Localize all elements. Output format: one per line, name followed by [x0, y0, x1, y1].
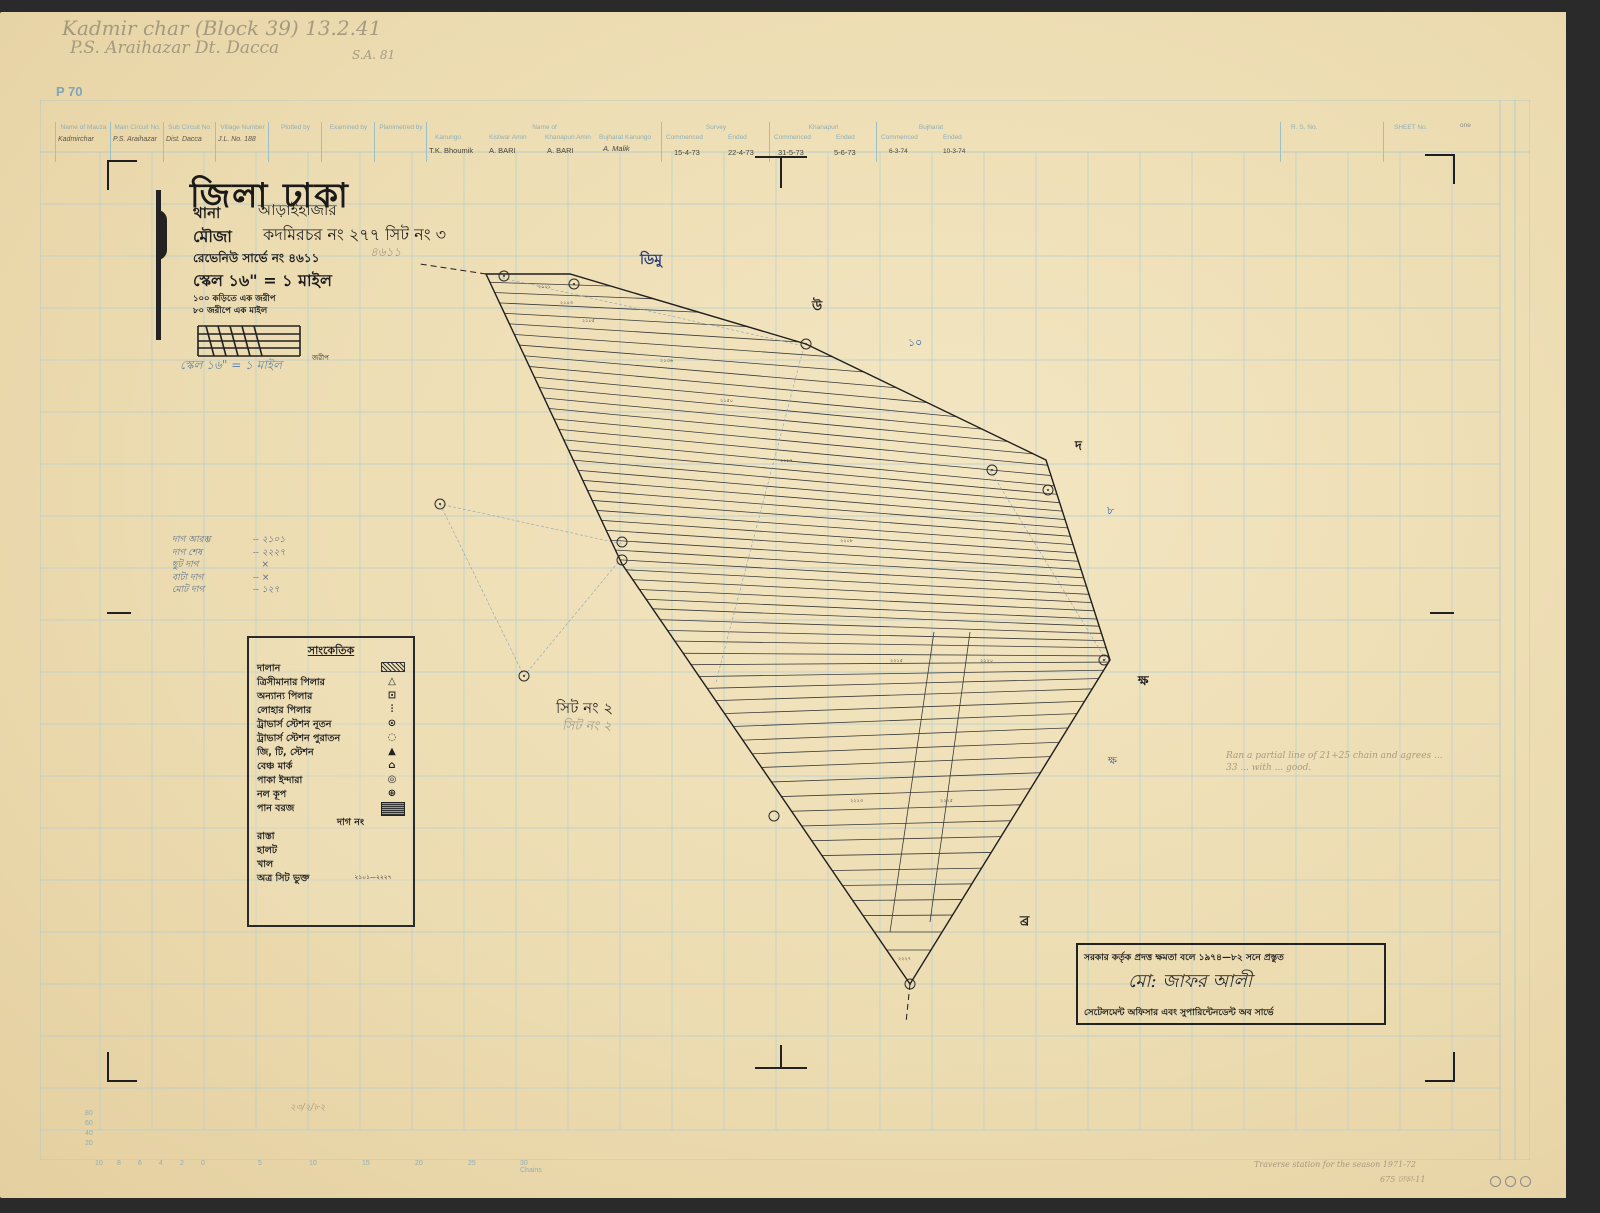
header-cell-planimetred-by: Planimetred by	[374, 122, 427, 162]
double-circle-icon: ◎	[381, 774, 403, 785]
legend-item-canal: খাল	[257, 858, 407, 872]
legend-item-traverse-new: ট্রাভার্স স্টেশন নূতন⊙	[257, 718, 407, 732]
pencil-note-top-2: P.S. Araihazar Dt. Dacca	[70, 38, 279, 58]
registration-mark-tl	[107, 160, 137, 190]
legend-item-road: রাস্তা	[257, 830, 407, 844]
svg-text:২১০৫: ২১০৫	[582, 318, 595, 324]
pencil-note-reference: 675 ঢাকা-11	[1380, 1174, 1425, 1187]
officer-signature: মো: জাফর আলী	[1128, 967, 1252, 998]
svg-text:২১০১: ২১০১	[538, 284, 551, 290]
filled-triangle-icon: ▲	[381, 746, 403, 757]
certification-line-1: সরকার কর্তৃক প্রদত্ত ক্ষমতা বলে ১৯৭৪—৮২ …	[1084, 950, 1284, 965]
map-sheet: Kadmir char (Block 39) 13.2.41 P.S. Arai…	[0, 12, 1568, 1198]
header-cell-name-of: Name of Kanungo Kistwar Amin Khanapuri A…	[426, 122, 662, 162]
hatched-building-icon	[381, 662, 405, 672]
plot-statistics: দাগ আরম্ভ -- ২১০১ দাগ শেষ -- ২২২৭ ছুট দা…	[172, 534, 285, 597]
stat-row: ছুট দাগ ×	[172, 559, 285, 572]
svg-text:২১৩৬: ২১৩৬	[660, 358, 674, 364]
map-legend: সাংকেতিক দালান ত্রিসীমানার পিলার△ অন্যান…	[247, 636, 415, 927]
svg-text:২২২৫: ২২২৫	[940, 798, 953, 804]
dotted-square-icon: ⊡	[381, 690, 403, 701]
sheet-label: P 70	[56, 84, 83, 99]
svg-text:২২১৫: ২২১৫	[890, 658, 903, 664]
svg-text:২১৮৭: ২১৮৭	[780, 458, 793, 464]
adjacent-sheet-pencil: সিট নং ২	[562, 717, 611, 738]
revenue-survey-number: রেভেনিউ সার্ভে নং ৪৬১১	[193, 250, 319, 270]
svg-text:২১০৩: ২১০৩	[560, 300, 574, 306]
legend-item-plot-number: দাগ নং	[257, 816, 407, 830]
blue-boundary-mark-1: ১০	[908, 334, 922, 353]
boundary-mark-1: উ	[812, 297, 822, 318]
certification-box: সরকার কর্তৃক প্রদত্ত ক্ষমতা বলে ১৯৭৪—৮২ …	[1076, 943, 1386, 1025]
svg-text:২২২০: ২২২০	[980, 658, 993, 664]
boundary-mark-2: দ	[1075, 437, 1082, 458]
circled-plus-icon: ⊕	[381, 788, 403, 799]
header-cell-plotted-by: Plotted by	[268, 122, 322, 162]
punch-circles	[1490, 1172, 1535, 1191]
betel-garden-icon	[381, 802, 405, 816]
header-cell-bujharat: Bujharat Commenced Ended 6-3-74 10-3-74	[876, 122, 985, 162]
legend-item-traverse-old: ট্রাভার্স স্টেশন পুরাতন◌	[257, 732, 407, 746]
pencil-note-top-3: S.A. 81	[352, 48, 395, 62]
blue-boundary-mark-2: ৮	[1107, 502, 1114, 521]
registration-mark-bottom	[755, 1067, 807, 1093]
svg-text:২১৫০: ২১৫০	[720, 398, 733, 404]
iron-pillar-icon: ⫶	[381, 704, 403, 715]
bench-mark-icon: ⌂	[381, 760, 403, 771]
scale-bar-graphic	[196, 324, 306, 358]
certification-line-2: সেটেলমেন্ট অফিসার এবং সুপারিন্টেনডেন্ট অ…	[1084, 1005, 1274, 1020]
legend-title: সাংকেতিক	[249, 642, 413, 661]
thana-name: আড়াইহাজার	[258, 199, 337, 224]
top-pencil-mark: ৪৬১১	[370, 244, 401, 264]
registration-mark-left	[107, 612, 131, 614]
legend-item-other-pillar: অন্যান্য পিলার⊡	[257, 690, 407, 704]
legend-item-pucca-well: পাকা ইন্দারা◎	[257, 774, 407, 788]
header-cell-main-circuit: Main Circuit No. P.S. Araihazar	[110, 122, 164, 162]
mauza-label: মৌজা	[193, 224, 232, 251]
stat-row: দাগ শেষ -- ২২২৭	[172, 547, 285, 560]
legend-item-halot: হালট	[257, 844, 407, 858]
legend-item-bench-mark: বেঞ্চ মার্ক⌂	[257, 760, 407, 774]
header-cell-examined-by: Examined by	[321, 122, 375, 162]
scale-note-2: ৮০ জরীপে এক মাইল	[193, 304, 267, 318]
legend-item-gt-station: জি, টি, স্টেশন▲	[257, 746, 407, 760]
svg-text:২২২৭: ২২২৭	[898, 956, 911, 962]
legend-item-trijunction-pillar: ত্রিসীমানার পিলার△	[257, 676, 407, 690]
legend-item-iron-pillar: লোহার পিলার⫶	[257, 704, 407, 718]
map-scale: স্কেল ১৬" = ১ মাইল	[193, 268, 332, 295]
legend-item-building: দালান	[257, 662, 407, 676]
stat-row: দাগ আরম্ভ -- ২১০১	[172, 534, 285, 547]
svg-text:২২২৩: ২২২৩	[850, 798, 864, 804]
blue-boundary-mark-3: ক্ষ	[1108, 752, 1117, 771]
pencil-note-date: ২৩/২/৮২	[290, 1100, 325, 1115]
blue-pencil-scale-note: স্কেল ১৬" = ১ মাইল	[180, 357, 282, 377]
scan-border-right	[1566, 0, 1600, 1213]
header-cell-rs-no: R. S. No.	[1280, 122, 1384, 162]
circled-dot-icon: ⊙	[381, 718, 403, 729]
legend-item-betel-garden: পান বরজ	[257, 802, 407, 816]
mauza-parcel-map: ২১০১২১০৩২১০৫ ২১৩৬২১৫০২১৮৭ ২২০৮২২১৫২২২০ ২…	[420, 242, 1140, 1022]
legend-item-included-in-sheet: অত্র সিট ভুক্ত২১০১—২২২৭	[257, 872, 407, 886]
header-cell-sub-circuit: Sub Circuit No. Dist. Dacca	[163, 122, 216, 162]
dashed-circle-icon: ◌	[381, 732, 403, 743]
registration-mark-tr	[1425, 154, 1455, 184]
registration-mark-bl	[107, 1052, 137, 1082]
pencil-note-top-1: Kadmir char (Block 39) 13.2.41	[62, 16, 381, 40]
title-bracket	[156, 190, 171, 340]
triangle-icon: △	[381, 676, 403, 687]
registration-mark-br	[1425, 1052, 1455, 1082]
stat-row: বাটা দাগ -- ×	[172, 572, 285, 585]
registration-mark-top	[755, 156, 807, 188]
boundary-mark-4: ব্ৰ	[1020, 912, 1029, 933]
scale-bar-unit: জরীপ	[312, 352, 329, 364]
header-cell-survey: Survey Commenced Ended 15-4-73 22-4-73	[661, 122, 770, 162]
registration-mark-right	[1430, 612, 1454, 614]
header-cell-mauza: Name of Mauza Kadmirchar	[55, 122, 111, 162]
header-cell-village-number: Village Number J.L. No. 188	[215, 122, 269, 162]
mauza-name: কদমিরচর নং ২৭৭ সিট নং ৩	[263, 222, 446, 249]
top-boundary-label: ডিমু	[640, 248, 662, 272]
boundary-mark-3: ক্ষ	[1138, 672, 1149, 693]
pencil-note-traverse-season: Traverse station for the season 1971-72	[1254, 1160, 1416, 1169]
pencil-note-right: Ran a partial line of 21+25 chain and ag…	[1226, 750, 1456, 774]
legend-item-tubewell: নল কূপ⊕	[257, 788, 407, 802]
stat-row: মোট দাগ -- ১২৭	[172, 584, 285, 597]
svg-text:২২০৮: ২২০৮	[840, 538, 854, 544]
